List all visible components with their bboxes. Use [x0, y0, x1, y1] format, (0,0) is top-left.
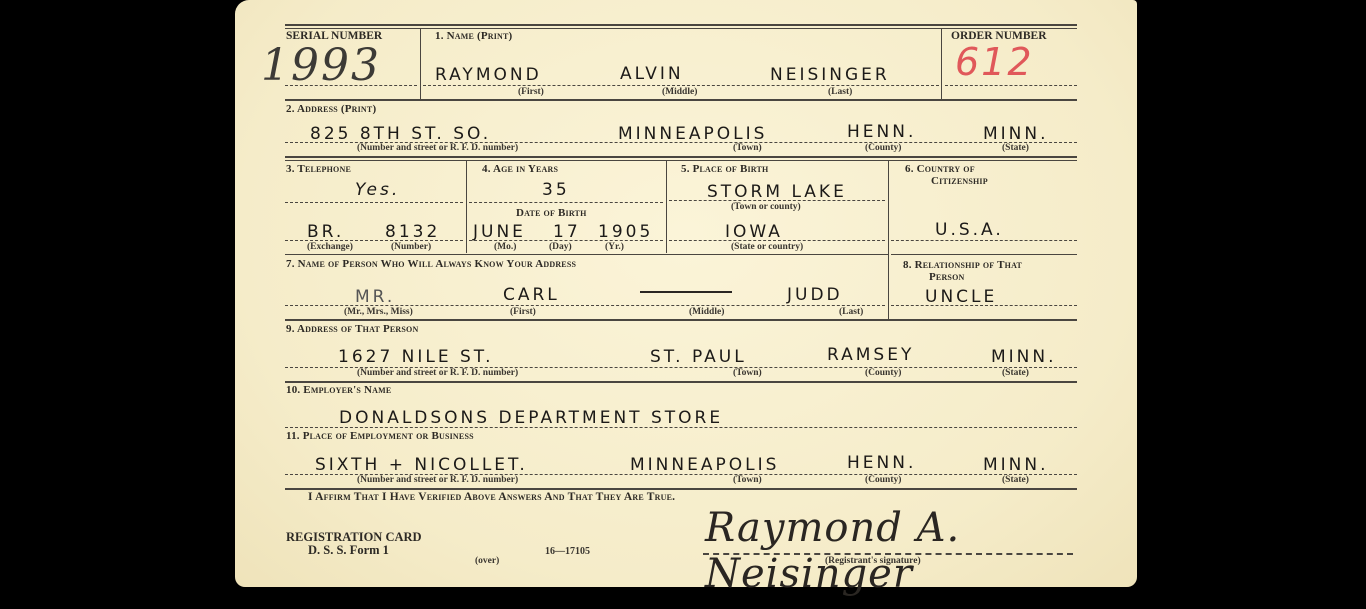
- employment-town-caption: (Town): [733, 475, 762, 485]
- registrant-signature: Raymond A. Neisinger: [705, 505, 1137, 597]
- dob-day-caption: (Day): [549, 242, 572, 252]
- birthplace-town-caption: (Town or county): [731, 202, 801, 212]
- contact-middle-dash: [640, 291, 732, 293]
- telephone-number-caption: (Number): [391, 242, 431, 252]
- form-number: D. S. S. Form 1: [308, 543, 389, 558]
- contact-title-caption: (Mr., Mrs., Miss): [344, 307, 413, 317]
- employer-dash: [285, 427, 1077, 428]
- contact-address-town: St. Paul: [650, 347, 747, 367]
- name-first-caption: (First): [518, 87, 544, 97]
- contact-address-street-caption: (Number and street or R. F. D. number): [357, 368, 518, 378]
- over-note: (over): [475, 556, 499, 566]
- order-divider: [941, 29, 942, 99]
- rule-3b: [891, 254, 1077, 255]
- contact-address-town-caption: (Town): [733, 368, 762, 378]
- employment-state-caption: (State): [1002, 475, 1029, 485]
- address-street-caption: (Number and street or R. F. D. number): [357, 143, 518, 153]
- telephone-value: Yes.: [355, 180, 400, 200]
- contact-address-street: 1627 Nile St.: [338, 347, 494, 367]
- birthplace-label: 5. Place of Birth: [681, 163, 768, 175]
- dob-month: June: [473, 222, 526, 242]
- contact-address-state-caption: (State): [1002, 368, 1029, 378]
- relationship-label-2: Person: [929, 271, 964, 283]
- contact-first-caption: (First): [510, 307, 536, 317]
- rule-1: [285, 99, 1077, 101]
- contact-title: Mr.: [355, 287, 395, 307]
- serial-dash: [285, 85, 417, 86]
- citizenship-label-2: Citizenship: [931, 175, 988, 187]
- employment-county: Henn.: [847, 453, 916, 473]
- affirmation-text: I Affirm That I Have Verified Above Answ…: [308, 491, 675, 503]
- contact-address-label: 9. Address of That Person: [286, 323, 418, 335]
- contact-first: Carl: [503, 285, 560, 305]
- employer-value: Donaldsons Department Store: [339, 408, 723, 428]
- name-middle-caption: (Middle): [662, 87, 697, 97]
- employment-town: Minneapolis: [630, 455, 779, 475]
- dob-day: 17: [553, 222, 581, 242]
- rule-4: [285, 319, 1077, 321]
- contact-address-county-caption: (County): [865, 368, 901, 378]
- registration-card: SERIAL NUMBER 1993 1. Name (Print) Raymo…: [235, 0, 1137, 587]
- name-first: Raymond: [435, 65, 542, 85]
- employment-street-caption: (Number and street or R. F. D. number): [357, 475, 518, 485]
- age-dash: [469, 202, 663, 203]
- contact-last: Judd: [787, 285, 843, 305]
- address-state-caption: (State): [1002, 143, 1029, 153]
- relationship-dash: [891, 305, 1077, 306]
- divider-5-6: [888, 161, 889, 319]
- divider-4-5: [666, 161, 667, 253]
- age-label: 4. Age in Years: [482, 163, 558, 175]
- phone-number-dash: [285, 240, 463, 241]
- employer-label: 10. Employer's Name: [286, 384, 391, 396]
- contact-last-caption: (Last): [839, 307, 863, 317]
- dob-month-caption: (Mo.): [494, 242, 516, 252]
- citizenship-dash: [891, 240, 1077, 241]
- employment-state: Minn.: [983, 455, 1049, 475]
- birthplace-town: Storm Lake: [707, 182, 847, 202]
- birthplace-town-dash: [669, 200, 885, 201]
- address-county-caption: (County): [865, 143, 901, 153]
- signature-dash: [703, 553, 1073, 555]
- serial-number-value: 1993: [261, 40, 381, 91]
- telephone-dash: [285, 202, 463, 203]
- telephone-exchange: BR.: [307, 222, 344, 242]
- dob-year: 1905: [598, 222, 653, 242]
- top-rule: [285, 24, 1077, 26]
- address-town-caption: (Town): [733, 143, 762, 153]
- telephone-number: 8132: [385, 222, 440, 242]
- address-town: Minneapolis: [618, 124, 767, 144]
- address-label: 2. Address (Print): [286, 103, 376, 115]
- dob-label: Date of Birth: [516, 207, 587, 219]
- contact-address-county: Ramsey: [827, 345, 914, 365]
- rule-3: [285, 254, 888, 255]
- name-label: 1. Name (Print): [435, 30, 512, 42]
- employment-street: Sixth + Nicollet.: [315, 455, 528, 475]
- relationship-label-1: 8. Relationship of That: [903, 259, 1022, 271]
- contact-dash: [285, 305, 885, 306]
- rule-2: [285, 156, 1077, 158]
- address-county: Henn.: [847, 122, 916, 142]
- birthplace-state-caption: (State or country): [731, 242, 803, 252]
- citizenship-value: U.S.A.: [935, 220, 1004, 240]
- address-street: 825 8th St. So.: [310, 124, 491, 144]
- employment-place-label: 11. Place of Employment or Business: [286, 430, 474, 442]
- name-last: Neisinger: [770, 65, 890, 85]
- contact-middle-caption: (Middle): [689, 307, 724, 317]
- citizenship-label-1: 6. Country of: [905, 163, 975, 175]
- contact-address-state: Minn.: [991, 347, 1057, 367]
- rule-5: [285, 381, 1077, 383]
- birthplace-state: Iowa: [725, 222, 783, 242]
- contact-person-label: 7. Name of Person Who Will Always Know Y…: [286, 258, 576, 270]
- relationship-value: Uncle: [925, 287, 997, 307]
- top-rule-thin: [285, 28, 1077, 29]
- rule-2b: [285, 160, 1077, 161]
- dob-dash: [469, 240, 663, 241]
- name-middle: Alvin: [620, 64, 684, 84]
- order-dash: [945, 85, 1077, 86]
- print-code: 16—17105: [545, 546, 590, 557]
- birthplace-state-dash: [669, 240, 885, 241]
- signature-caption: (Registrant's signature): [825, 556, 921, 566]
- name-dash: [423, 85, 939, 86]
- telephone-label: 3. Telephone: [286, 163, 351, 175]
- employment-county-caption: (County): [865, 475, 901, 485]
- address-state: Minn.: [983, 124, 1049, 144]
- age-value: 35: [542, 180, 570, 200]
- name-last-caption: (Last): [828, 87, 852, 97]
- divider-3-4: [466, 161, 467, 253]
- telephone-exchange-caption: (Exchange): [307, 242, 353, 252]
- serial-divider: [420, 29, 421, 99]
- rule-6: [285, 488, 1077, 490]
- dob-year-caption: (Yr.): [605, 242, 624, 252]
- order-number-value: 612: [955, 40, 1034, 84]
